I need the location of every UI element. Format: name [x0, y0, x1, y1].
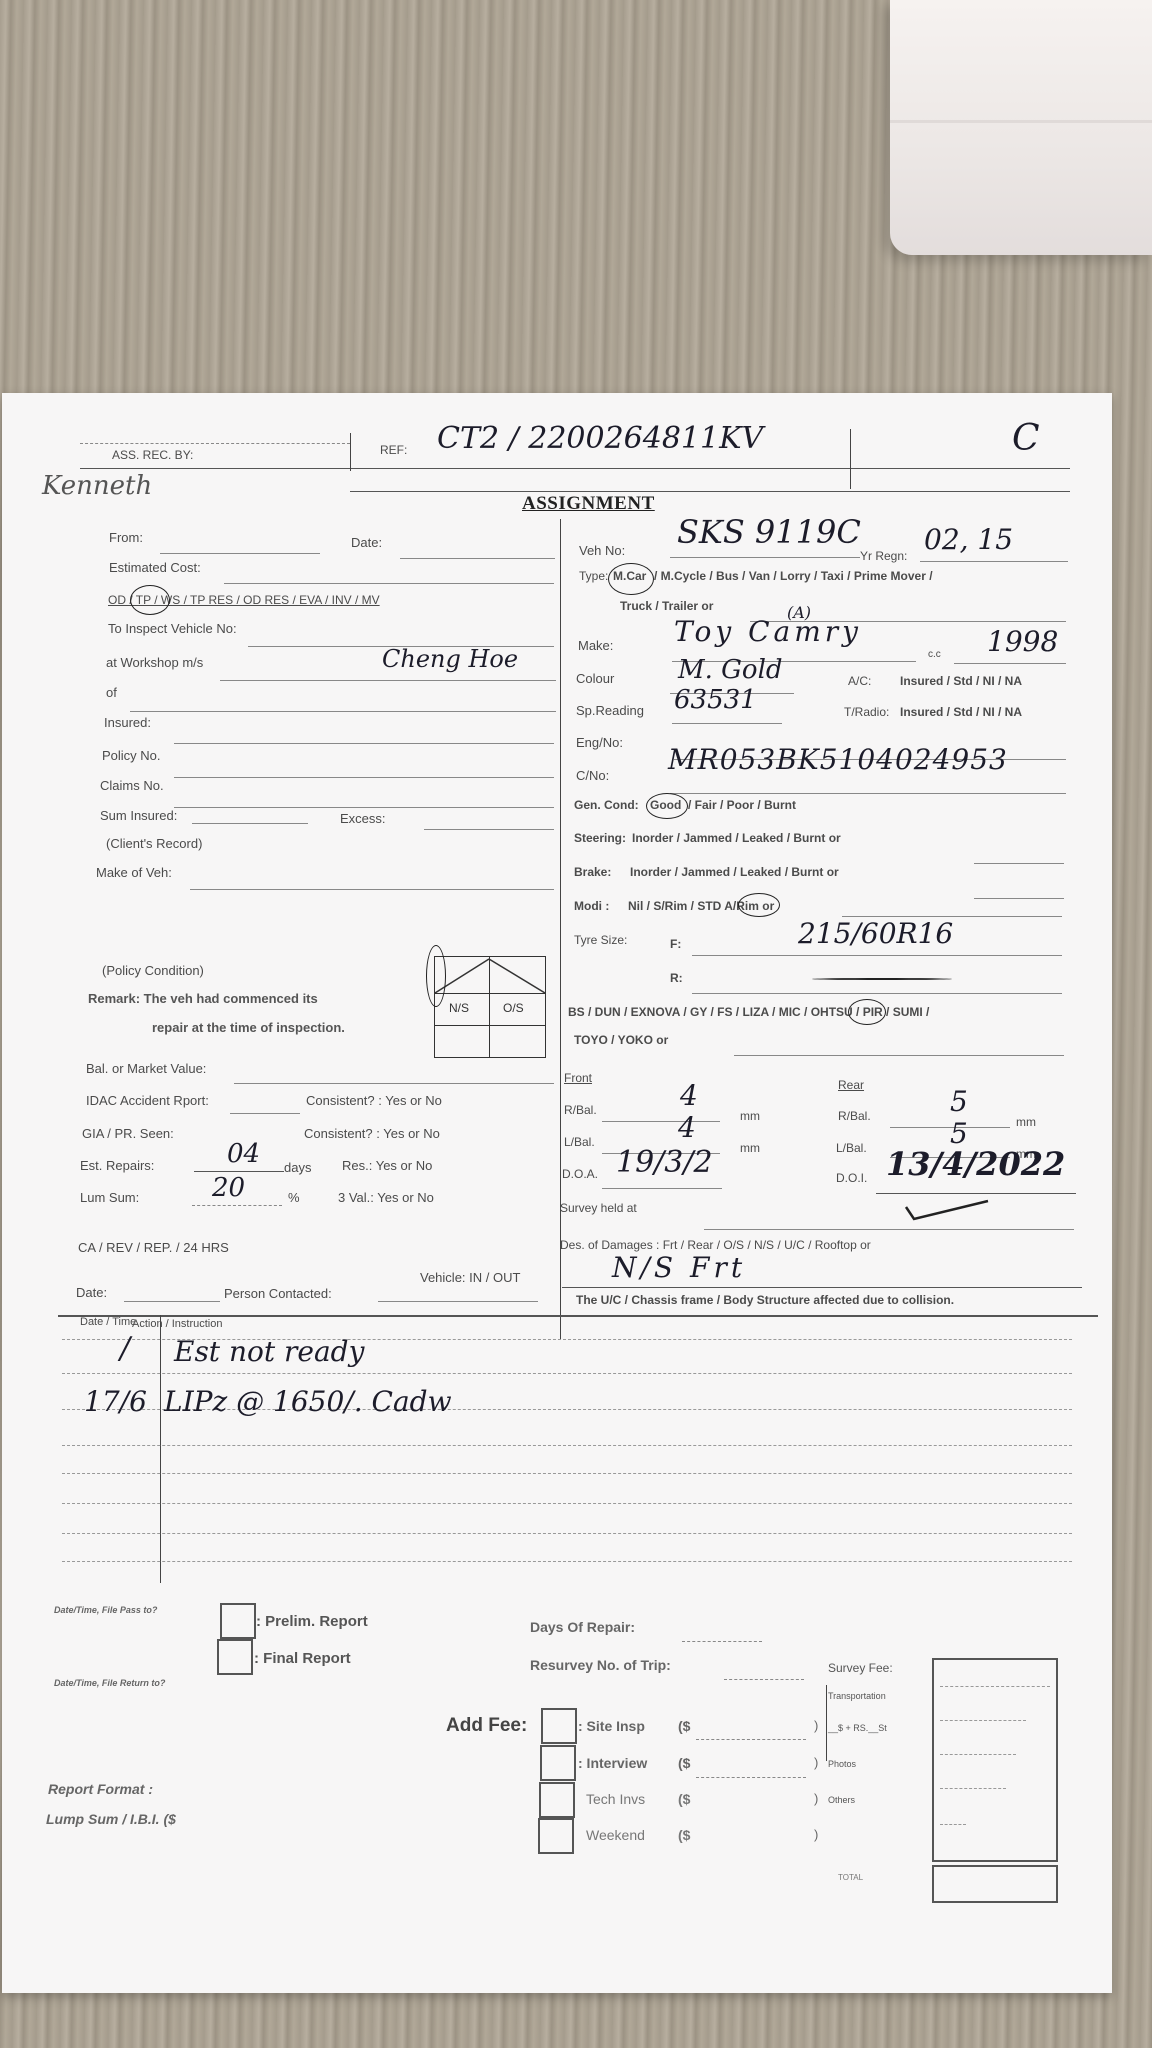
photos-label: Photos: [828, 1759, 856, 1769]
doa-value[interactable]: 19/3/2: [616, 1145, 713, 1180]
colour-label: Colour: [576, 671, 614, 686]
days-of-repair-label: Days Of Repair:: [530, 1619, 635, 1635]
fee-suffix: ): [814, 1791, 818, 1806]
off-side-label: O/S: [503, 1001, 524, 1015]
inspect-vehicle-label: To Inspect Vehicle No:: [108, 621, 237, 636]
remark-line-2: repair at the time of inspection.: [152, 1020, 345, 1035]
rear-label: Rear: [838, 1078, 864, 1092]
front-rbal-label: R/Bal.: [564, 1103, 597, 1117]
sum-insured-label: Sum Insured:: [100, 808, 177, 823]
rear-rbal-unit: mm: [1016, 1115, 1036, 1129]
policy-condition-label: (Policy Condition): [102, 963, 204, 978]
tyre-brand-options-2[interactable]: TOYO / YOKO or: [574, 1033, 668, 1047]
damages-options[interactable]: Des. of Damages : Frt / Rear / O/S / N/S…: [560, 1238, 871, 1252]
estimated-cost-label: Estimated Cost:: [109, 560, 201, 575]
checkmark-icon: [902, 1193, 992, 1223]
survey-fee-label: Survey Fee:: [828, 1661, 893, 1675]
modi-label: Modi :: [574, 899, 609, 913]
survey-held-label: Survey held at: [560, 1201, 637, 1215]
type-selected-circle: [608, 563, 654, 595]
vehicle-side-diagram[interactable]: N/S O/S: [434, 956, 546, 1058]
form-title: ASSIGNMENT: [522, 493, 655, 515]
steering-label: Steering:: [574, 831, 626, 845]
total-fee-box[interactable]: [932, 1865, 1058, 1903]
transportation-label: Transportation: [828, 1691, 886, 1701]
tyre-r-label: R:: [670, 971, 683, 985]
assignment-form-paper: ASS. REC. BY: REF: CT2 / 2200264811KV C …: [2, 393, 1112, 1993]
market-value-label: Bal. or Market Value:: [86, 1061, 206, 1076]
brake-label: Brake:: [574, 865, 611, 879]
person-contacted-label: Person Contacted:: [224, 1286, 332, 1301]
ref-suffix[interactable]: C: [1012, 418, 1040, 459]
weekend-checkbox[interactable]: [538, 1818, 574, 1854]
lum-sum-unit: %: [288, 1190, 300, 1205]
fee-suffix: ): [814, 1827, 818, 1842]
brake-options[interactable]: Inorder / Jammed / Leaked / Burnt or: [630, 865, 839, 879]
report-format-options[interactable]: Lump Sum / I.B.I. ($: [46, 1811, 176, 1827]
resurvey-label: Resurvey No. of Trip:: [530, 1657, 671, 1673]
uc-chassis-note[interactable]: The U/C / Chassis frame / Body Structure…: [576, 1293, 954, 1307]
fee-label: Weekend: [586, 1827, 645, 1843]
c-no-value[interactable]: MR053BK5104024953: [668, 743, 1008, 776]
colour-value[interactable]: M. Gold: [678, 655, 783, 685]
make-of-veh-label: Make of Veh:: [96, 865, 172, 880]
prelim-report-label: : Prelim. Report: [256, 1613, 368, 1630]
fee-label: : Site Insp: [578, 1718, 645, 1734]
total-label: TOTAL: [838, 1873, 863, 1882]
make-label: Make:: [578, 638, 613, 653]
tyre-size-label: Tyre Size:: [574, 933, 627, 947]
gia-consistent[interactable]: Consistent? : Yes or No: [304, 1126, 440, 1141]
modi-selected-circle: [738, 893, 780, 917]
est-repairs-value[interactable]: 04: [227, 1139, 260, 1169]
lum-sum-label: Lum Sum:: [80, 1190, 139, 1205]
insured-label: Insured:: [104, 715, 151, 730]
ass-rec-by-label: ASS. REC. BY:: [112, 448, 193, 462]
type-options[interactable]: / M.Cycle / Bus / Van / Lorry / Taxi / P…: [654, 569, 933, 583]
gen-cond-label: Gen. Cond:: [574, 798, 639, 812]
fee-prefix: ($: [678, 1791, 690, 1807]
ac-options[interactable]: Insured / Std / NI / NA: [900, 674, 1022, 688]
policy-no-label: Policy No.: [102, 748, 161, 763]
ac-label: A/C:: [848, 674, 871, 688]
cc-value[interactable]: 1998: [987, 625, 1058, 658]
est-repairs-unit: days: [284, 1160, 311, 1175]
rear-rbal-label: R/Bal.: [838, 1109, 871, 1123]
sp-reading-label: Sp.Reading: [576, 703, 644, 718]
steering-options[interactable]: Inorder / Jammed / Leaked / Burnt or: [632, 831, 841, 845]
front-lbal-value[interactable]: 4: [678, 1111, 696, 1144]
idac-consistent[interactable]: Consistent? : Yes or No: [306, 1093, 442, 1108]
res-yes-no[interactable]: Res.: Yes or No: [342, 1158, 432, 1173]
fee-label: Tech Invs: [586, 1791, 645, 1807]
type-label: Type:: [579, 569, 608, 583]
front-rbal-unit: mm: [740, 1109, 760, 1123]
type-options-2[interactable]: Truck / Trailer or: [620, 599, 713, 613]
doi-value[interactable]: 13/4/2022: [886, 1145, 1065, 1183]
gia-label: GIA / PR. Seen:: [82, 1126, 174, 1141]
date2-label: Date:: [76, 1285, 107, 1300]
est-repairs-label: Est. Repairs:: [80, 1158, 154, 1173]
log-entry-date: 17/6: [84, 1385, 147, 1418]
front-lbal-unit: mm: [740, 1141, 760, 1155]
eng-no-label: Eng/No:: [576, 735, 623, 750]
gen-cond-options[interactable]: / Fair / Poor / Burnt: [688, 798, 796, 812]
near-side-label: N/S: [449, 1001, 469, 1015]
gen-cond-selected-circle: [646, 793, 688, 819]
fee-suffix: ): [814, 1755, 818, 1770]
make-value[interactable]: Toy Camry: [674, 615, 862, 648]
tyre-r-same-mark: [812, 978, 952, 980]
fee-prefix: ($: [678, 1718, 690, 1734]
from-label: From:: [109, 530, 143, 545]
final-report-checkbox[interactable]: [217, 1639, 253, 1675]
veh-no-value[interactable]: SKS 9119C: [677, 513, 861, 551]
prelim-report-checkbox[interactable]: [220, 1603, 256, 1639]
fee-label: : Interview: [578, 1755, 647, 1771]
tech-invs-checkbox[interactable]: [539, 1782, 575, 1818]
ca-rev-options[interactable]: CA / REV / REP. / 24 HRS: [78, 1240, 229, 1255]
workshop-value[interactable]: Cheng Hoe: [382, 645, 518, 673]
sp-reading-value[interactable]: 63531: [674, 685, 757, 715]
ref-label: REF:: [380, 443, 407, 457]
fee-suffix: ): [814, 1718, 818, 1733]
log-entry-action: LIPz @ 1650/. Cadw: [164, 1385, 452, 1418]
transportation-formula: __$ + RS.__St: [828, 1723, 887, 1733]
vehicle-in-out[interactable]: Vehicle: IN / OUT: [420, 1270, 520, 1285]
damages-value[interactable]: N/S Frt: [612, 1251, 746, 1284]
rear-rbal-value[interactable]: 5: [950, 1085, 968, 1118]
claims-no-label: Claims No.: [100, 778, 164, 793]
doa-label: D.O.A.: [562, 1167, 598, 1181]
veh-no-label: Veh No:: [579, 543, 625, 558]
ass-rec-by-signature[interactable]: Kenneth: [42, 471, 152, 501]
diagram-ns-mark: [426, 945, 446, 1007]
excess-label: Excess:: [340, 811, 386, 826]
yr-regn-value[interactable]: 02, 15: [924, 523, 1013, 556]
front-label: Front: [564, 1071, 592, 1085]
file-return-label: Date/Time, File Return to?: [54, 1678, 165, 1688]
ref-number[interactable]: CT2 / 2200264811KV: [437, 421, 763, 456]
fee-prefix: ($: [678, 1755, 690, 1771]
site-insp-checkbox[interactable]: [541, 1708, 577, 1744]
tyre-f-label: F:: [670, 937, 681, 951]
cc-label: c.c: [928, 649, 941, 660]
clients-record-label: (Client's Record): [106, 836, 202, 851]
tyre-brand-selected-circle: [848, 999, 886, 1025]
lum-sum-value[interactable]: 20: [212, 1173, 245, 1203]
tyre-f-value[interactable]: 215/60R16: [798, 917, 953, 950]
workshop-label: at Workshop m/s: [106, 655, 203, 670]
yr-regn-label: Yr Regn:: [860, 549, 907, 563]
log-date-time-header: Date / Time: [80, 1316, 136, 1328]
three-val-yes-no[interactable]: 3 Val.: Yes or No: [338, 1190, 434, 1205]
idac-label: IDAC Accident Rport:: [86, 1093, 209, 1108]
roof-lines-icon: [435, 957, 545, 993]
tradio-options[interactable]: Insured / Std / NI / NA: [900, 705, 1022, 719]
of-label: of: [106, 685, 117, 700]
fee-prefix: ($: [678, 1827, 690, 1843]
log-entry-action: Est not ready: [174, 1335, 364, 1368]
others-label: Others: [828, 1795, 855, 1805]
doi-label: D.O.I.: [836, 1171, 867, 1185]
claim-type-selected-circle: [130, 585, 170, 615]
rear-lbal-label: L/Bal.: [836, 1141, 867, 1155]
report-format-label: Report Format :: [48, 1781, 153, 1797]
file-pass-label: Date/Time, File Pass to?: [54, 1605, 157, 1615]
white-container-corner: [890, 0, 1152, 255]
log-entry-date: /: [120, 1331, 130, 1366]
tradio-label: T/Radio:: [844, 705, 889, 719]
date-label: Date:: [351, 535, 382, 550]
c-no-label: C/No:: [576, 768, 609, 783]
add-fee-label: Add Fee:: [446, 1715, 527, 1737]
front-lbal-label: L/Bal.: [564, 1135, 595, 1149]
survey-fee-box[interactable]: [932, 1658, 1058, 1862]
log-action-header: Action / Instruction: [132, 1318, 223, 1330]
final-report-label: : Final Report: [254, 1650, 351, 1667]
front-rbal-value[interactable]: 4: [680, 1079, 698, 1112]
remark-line-1: Remark: The veh had commenced its: [88, 991, 318, 1006]
interview-checkbox[interactable]: [540, 1745, 576, 1781]
